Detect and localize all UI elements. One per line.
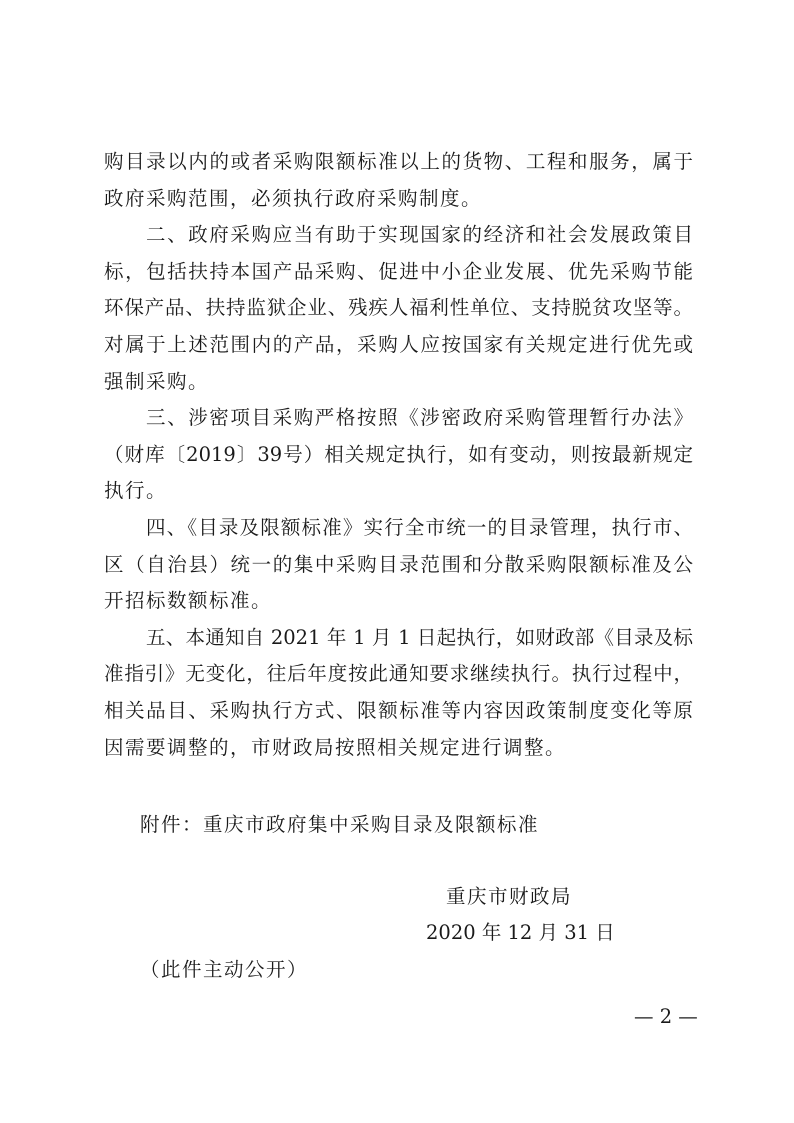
body-line: 对属于上述范围内的产品，采购人应按国家有关规定进行优先或 — [104, 330, 693, 360]
body-line: 标，包括扶持本国产品采购、促进中小企业发展、优先采购节能 — [104, 257, 693, 287]
body-line: （财库〔2019〕39号）相关规定执行，如有变动，则按最新规定 — [104, 440, 693, 470]
body-line: 执行。 — [104, 476, 693, 506]
disclosure-note: （此件主动公开） — [140, 955, 308, 985]
body-line: 因需要调整的，市财政局按照相关规定进行调整。 — [104, 733, 693, 763]
attachment-line: 附件：重庆市政府集中采购目录及限额标准 — [140, 810, 539, 840]
body-line: 开招标数额标准。 — [104, 586, 693, 616]
document-page: 购目录以内的或者采购限额标准以上的货物、工程和服务，属于 政府采购范围，必须执行… — [0, 0, 794, 1123]
body-line: 五、本通知自 2021 年 1 月 1 日起执行，如财政部《目录及标 — [146, 623, 693, 653]
issue-date: 2020 年 12 月 31 日 — [426, 918, 615, 948]
body-line: 准指引》无变化，往后年度按此通知要求继续执行。执行过程中， — [104, 659, 693, 689]
body-line: 强制采购。 — [104, 367, 693, 397]
body-line: 环保产品、扶持监狱企业、残疾人福利性单位、支持脱贫攻坚等。 — [104, 293, 693, 323]
body-line: 区（自治县）统一的集中采购目录范围和分散采购限额标准及公 — [104, 550, 693, 580]
body-line: 政府采购范围，必须执行政府采购制度。 — [104, 184, 693, 214]
body-line: 三、涉密项目采购严格按照《涉密政府采购管理暂行办法》 — [146, 403, 693, 433]
page-number: — 2 — — [634, 1002, 698, 1032]
body-line: 购目录以内的或者采购限额标准以上的货物、工程和服务，属于 — [104, 147, 693, 177]
body-line: 二、政府采购应当有助于实现国家的经济和社会发展政策目 — [146, 220, 693, 250]
body-line: 四、《目录及限额标准》实行全市统一的目录管理，执行市、 — [146, 513, 693, 543]
issuer-name: 重庆市财政局 — [446, 882, 572, 912]
body-line: 相关品目、采购执行方式、限额标准等内容因政策制度变化等原 — [104, 696, 693, 726]
